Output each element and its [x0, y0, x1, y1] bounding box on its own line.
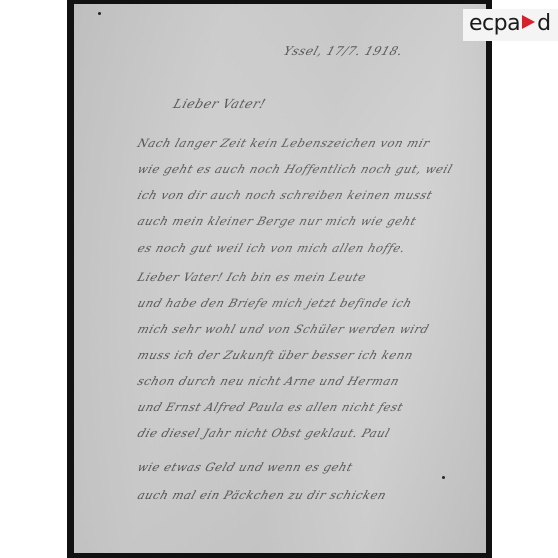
letter-line: schon durch neu nicht Arne und Herman [136, 374, 402, 388]
letter-greeting: Lieber Vater! [172, 96, 268, 111]
letter-line: mich sehr wohl und von Schüler werden wi… [136, 322, 431, 336]
letter-date: Yssel, 17/7. 1918. [282, 44, 405, 58]
letter-line: auch mal ein Päckchen zu dir schicken [136, 488, 389, 502]
letter-line: wie geht es auch noch Hoffentlich noch g… [136, 162, 455, 176]
letter-line: auch mein kleiner Berge nur mich wie geh… [136, 214, 419, 228]
letter-line: die diesel Jahr nicht Obst geklaut. Paul [136, 426, 392, 440]
letter-line: muss ich der Zukunft über besser ich ken… [136, 348, 416, 362]
logo-text-right: d [537, 11, 550, 36]
letter-line: ich von dir auch noch schreiben keinen m… [136, 188, 435, 202]
ecpad-watermark-logo: ecpad [463, 9, 558, 41]
paper-speck [98, 12, 101, 15]
letter-line: Nach langer Zeit kein Lebenszeichen von … [136, 136, 432, 150]
logo-text: ecpad [469, 11, 551, 36]
letter-line: und habe den Briefe mich jetzt befinde i… [136, 296, 414, 310]
letter-line: Lieber Vater! Ich bin es mein Leute [136, 270, 369, 284]
letter-paper: Yssel, 17/7. 1918. Lieber Vater! Nach la… [74, 4, 486, 553]
play-triangle-icon [522, 15, 535, 29]
letter-line: und Ernst Alfred Paula es allen nicht fe… [136, 400, 406, 414]
letter-line: es noch gut weil ich von mich allen hoff… [136, 241, 408, 255]
logo-text-left: ecpa [469, 11, 520, 36]
letter-line: wie etwas Geld und wenn es geht [136, 460, 355, 474]
paper-speck [442, 476, 445, 479]
